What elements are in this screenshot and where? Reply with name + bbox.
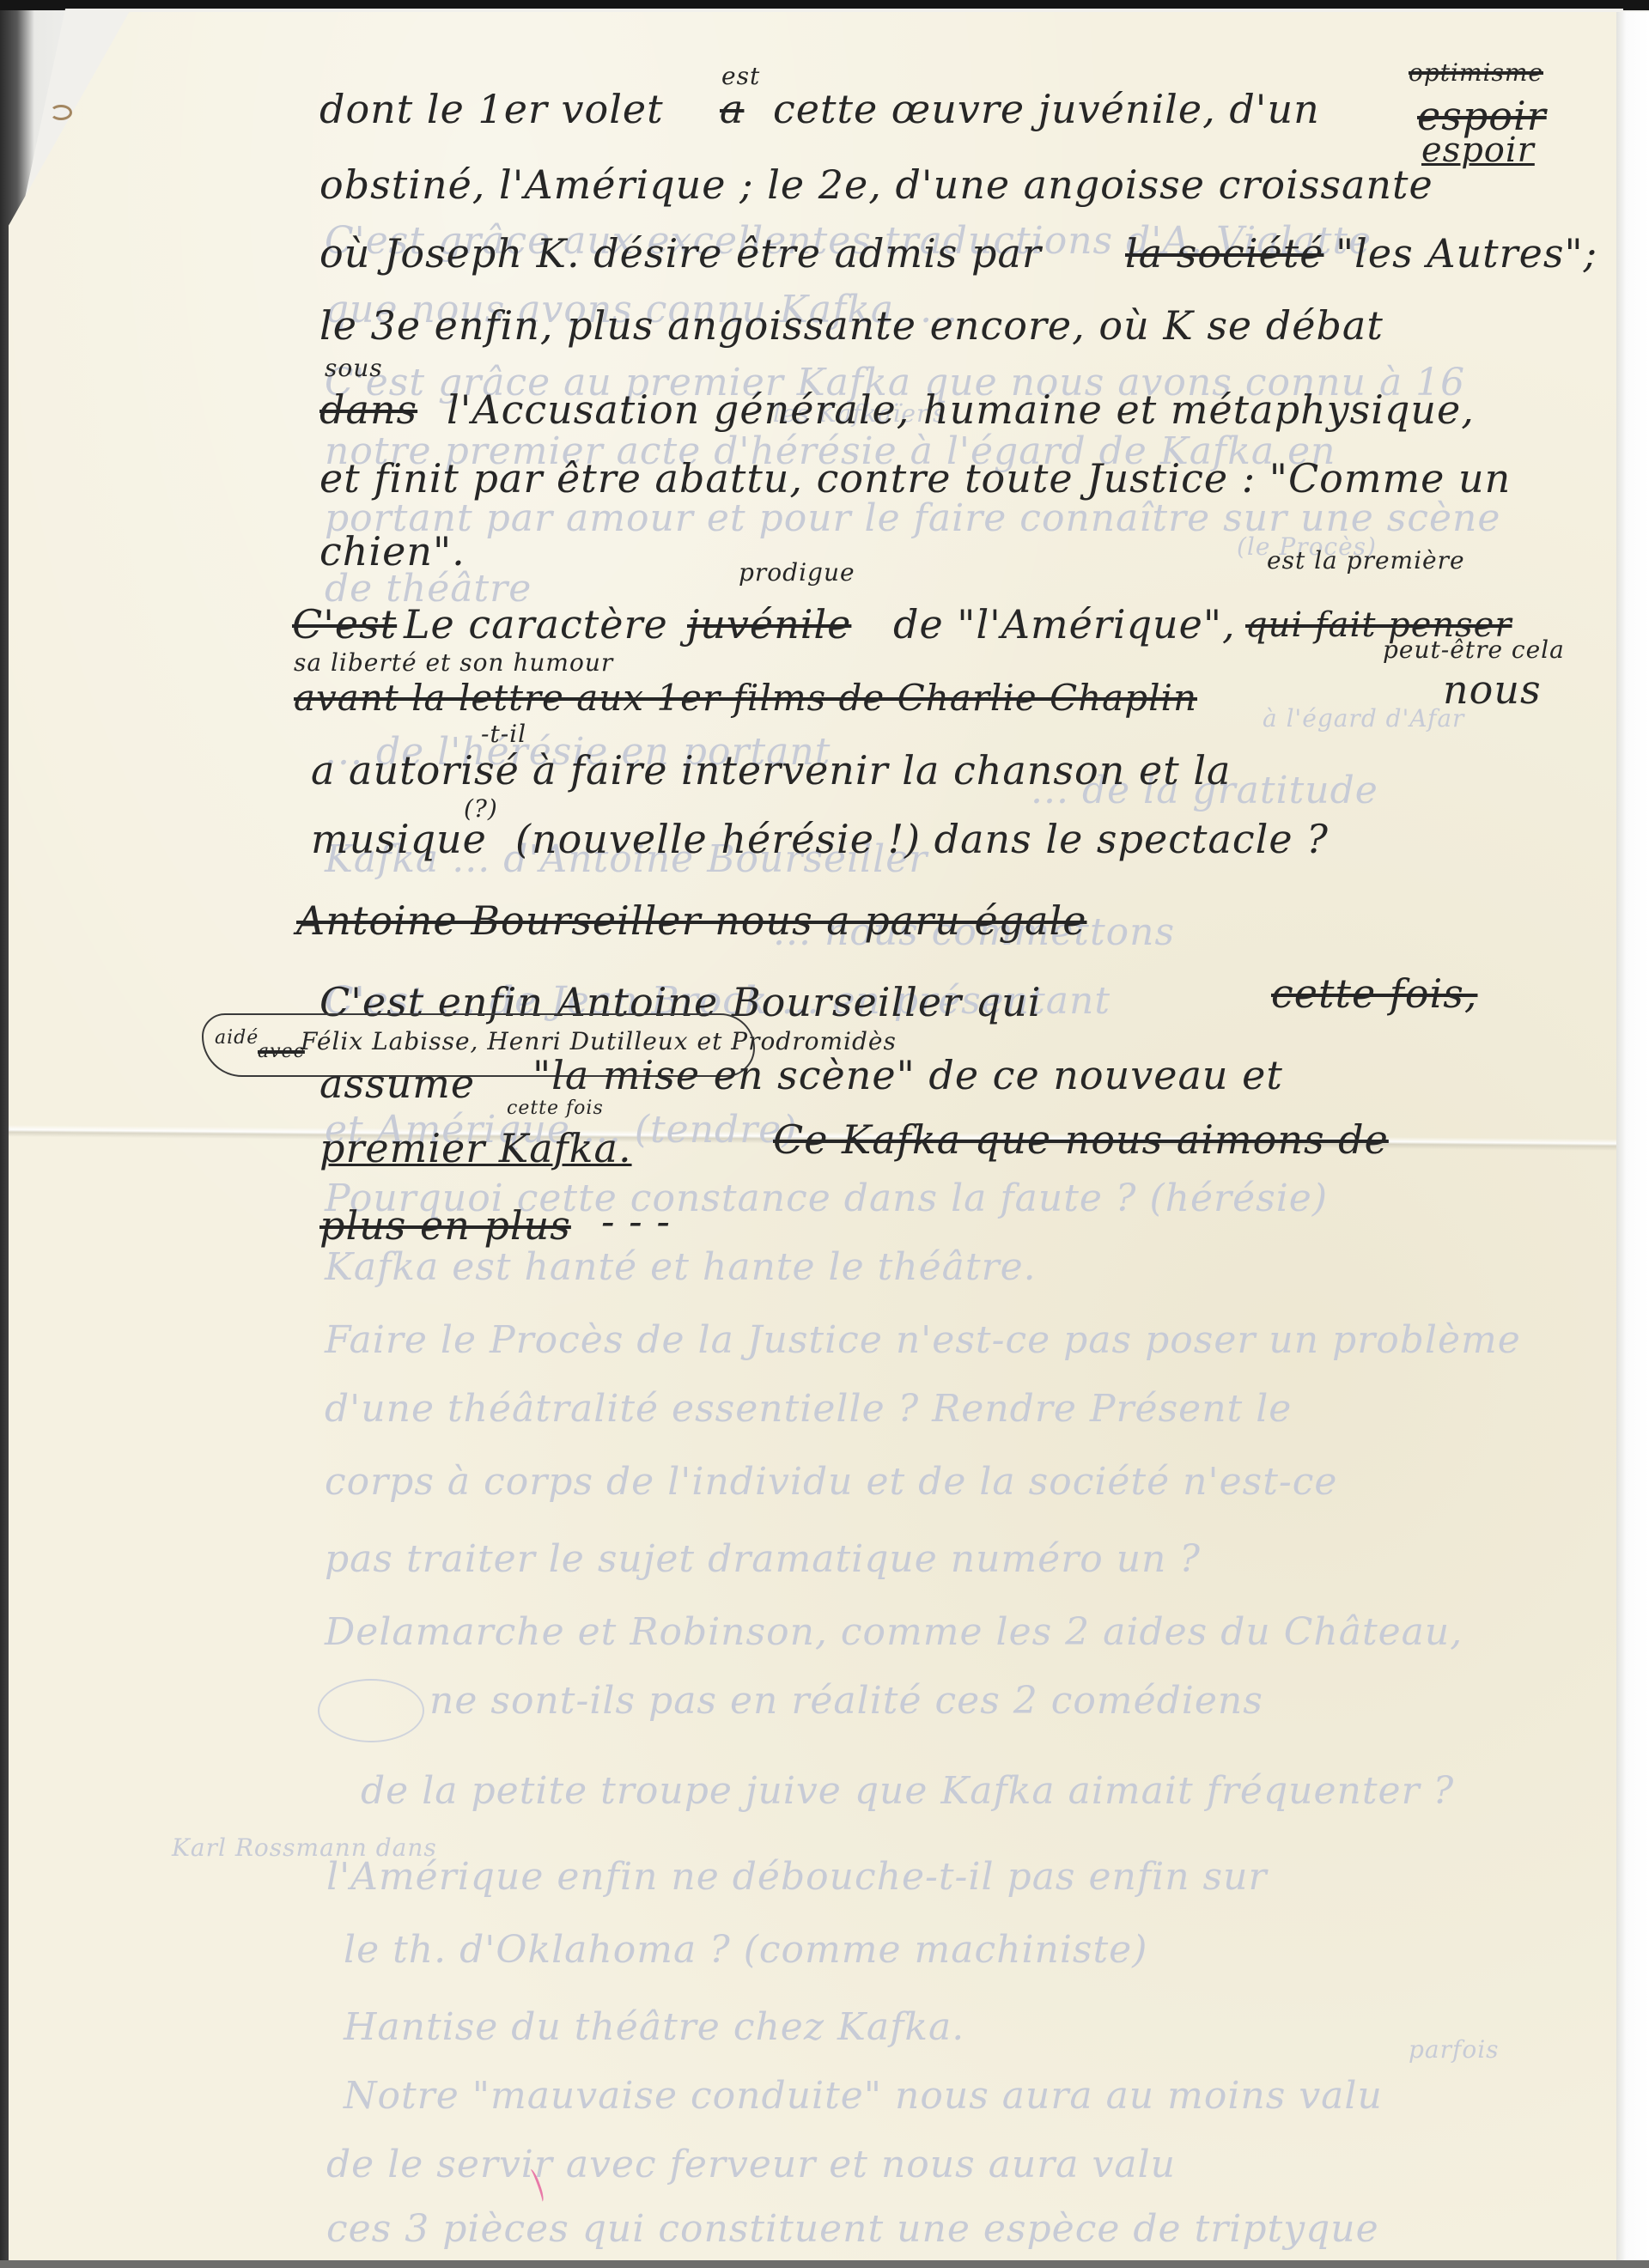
ghost-line: pas traiter le sujet dramatique numéro u… <box>325 1537 1201 1581</box>
scanner-bottom-border <box>0 2260 1649 2268</box>
struck-text: Antoine Bourseiller nous a paru égale <box>296 897 1086 944</box>
struck-text: avant la lettre aux 1er films de Charlie… <box>294 677 1197 719</box>
ghost-line: corps à corps de l'individu et de la soc… <box>325 1460 1337 1504</box>
insert-above: est la première <box>1267 546 1465 575</box>
struck-text: dans <box>319 386 417 433</box>
struck-text: cette fois, <box>1271 970 1477 1017</box>
ghost-line: Delamarche et Robinson, comme les 2 aide… <box>325 1610 1463 1654</box>
struck-text: la société <box>1125 230 1323 277</box>
ink-text: "les Autres"; <box>1336 230 1597 277</box>
insert-above: prodigue <box>739 558 855 587</box>
ink-text: et finit par être abattu, contre toute J… <box>319 455 1511 502</box>
ghost-line: de le servir avec ferveur et nous aura v… <box>326 2143 1176 2186</box>
struck-text: juvénile <box>687 601 851 648</box>
ink-text: nous <box>1443 666 1542 713</box>
page-right-margin <box>1616 12 1649 2260</box>
ink-text: cette œuvre juvénile, d'un <box>773 86 1320 132</box>
ink-text: dont le 1er volet <box>319 86 664 132</box>
ink-text: obstiné, l'Amérique ; le 2e, d'une angoi… <box>319 161 1433 208</box>
insert-above: sous <box>325 354 383 382</box>
insert-above: (?) <box>464 794 498 823</box>
ink-text: "la mise en scène" de ce nouveau et <box>532 1052 1283 1098</box>
struck-text: a <box>720 86 744 132</box>
ghost-line: le th. d'Oklahoma ? (comme machiniste) <box>344 1928 1147 1972</box>
ink-text: chien". <box>319 528 465 575</box>
insert-above: -t-il <box>481 720 526 748</box>
ink-text: - - - <box>601 1198 671 1244</box>
ghost-line: Notre "mauvaise conduite" nous aura au m… <box>344 2074 1383 2118</box>
insert-below: espoir <box>1421 131 1535 170</box>
ghost-line: l'Amérique enfin ne débouche-t-il pas en… <box>326 1855 1268 1899</box>
ink-text: Le caractère <box>404 601 668 648</box>
ink-text: le 3e enfin, plus angoissante encore, où… <box>319 302 1384 349</box>
ink-text: (nouvelle hérésie !) dans le spectacle ? <box>515 816 1329 862</box>
ink-text: où Joseph K. désire être admis par <box>319 230 1042 277</box>
ghost-line: Faire le Procès de la Justice n'est-ce p… <box>325 1318 1521 1362</box>
ink-text: a autorisé <box>311 747 520 793</box>
ink-text: premier Kafka. <box>319 1125 632 1171</box>
struck-text: C'est <box>292 601 397 648</box>
ink-text: assume <box>319 1061 475 1107</box>
insert-below: cette fois <box>507 1098 604 1119</box>
ink-text: de "l'Amérique", <box>893 601 1236 648</box>
ghost-line: ces 3 pièces qui constituent une espèce … <box>326 2207 1379 2251</box>
ghost-line: de la petite troupe juive que Kafka aima… <box>361 1769 1454 1813</box>
ghost-insert: parfois <box>1409 2035 1500 2064</box>
struck-text: plus en plus <box>319 1202 571 1249</box>
ghost-line: Hantise du théâtre chez Kafka. <box>344 2005 964 2049</box>
ink-text: musique <box>311 816 487 862</box>
ghost-line: à l'égard d'Afar <box>1263 704 1464 733</box>
margin-insert: aidé <box>215 1027 259 1049</box>
insert-above: sa liberté et son humour <box>294 648 613 677</box>
struck-insert: optimisme <box>1409 58 1543 87</box>
struck-text: avec <box>258 1041 305 1062</box>
ghost-scribble-circle <box>318 1679 424 1742</box>
ghost-line: ne sont-ils pas en réalité ces 2 comédie… <box>429 1679 1263 1723</box>
ink-text: l'Accusation générale, humaine et métaph… <box>447 386 1475 433</box>
staple-mark-icon <box>50 105 72 120</box>
ink-text: à faire intervenir la chanson et la <box>532 747 1231 793</box>
ghost-line: Kafka est hanté et hante le théâtre. <box>325 1245 1037 1289</box>
insert-right: peut-être cela <box>1383 635 1565 664</box>
ghost-line: d'une théâtralité essentielle ? Rendre P… <box>325 1387 1292 1431</box>
struck-text: Ce Kafka que nous aimons de <box>773 1116 1389 1163</box>
